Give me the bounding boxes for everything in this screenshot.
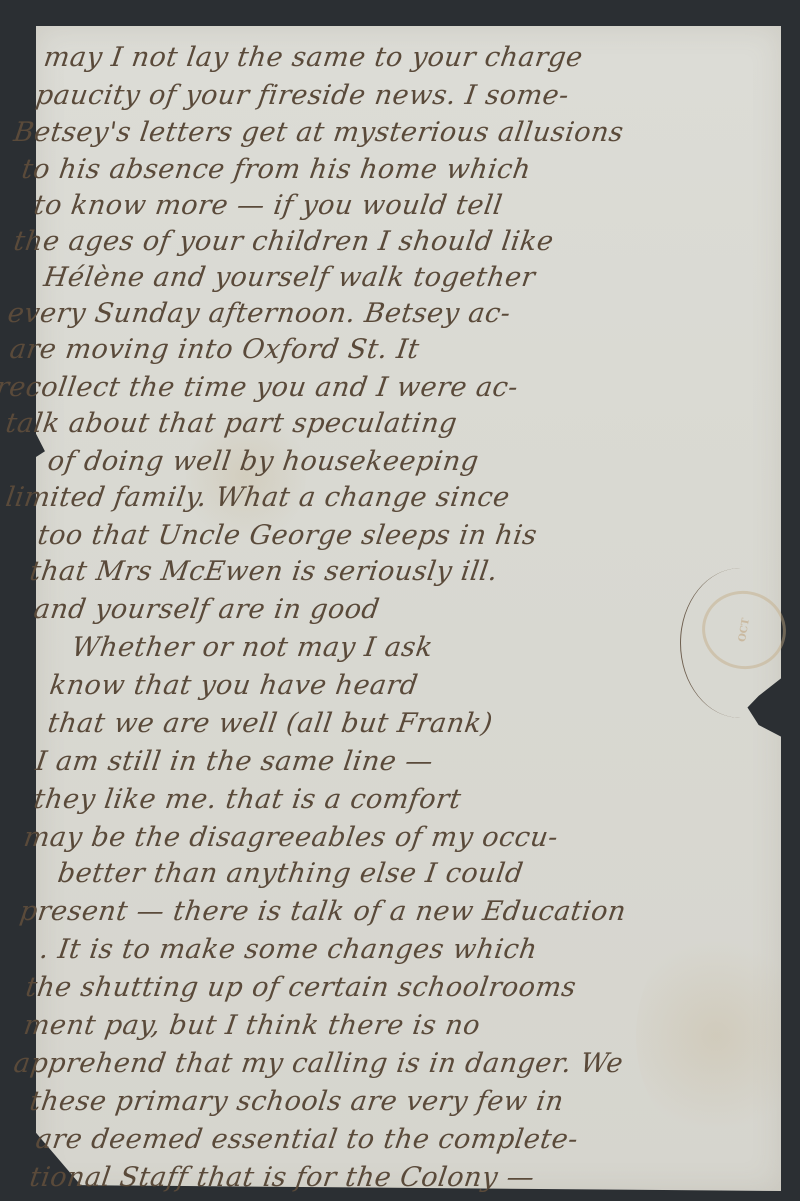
text-line: to his absence from his home which — [20, 154, 533, 185]
text-line: and yourself are in good — [32, 594, 382, 625]
text-line: are deemed essential to the complete- — [34, 1124, 580, 1155]
text-line: every Sunday afternoon. Betsey ac- — [6, 298, 513, 329]
text-line: present — there is talk of a new Educati… — [18, 896, 628, 927]
text-line: to know more — if you would tell — [32, 190, 505, 221]
text-line: . It is to make some changes which — [38, 934, 540, 965]
text-line: Hélène and yourself walk together — [42, 262, 537, 293]
text-line: Betsey's letters get at mysterious allus… — [12, 117, 626, 148]
text-line: they like me. that is a comfort — [32, 784, 463, 815]
text-line: may I not lay the same to your charge — [42, 42, 585, 73]
text-line: of doing well by housekeeping — [46, 446, 481, 477]
text-line: that we are well (all but Frank) — [46, 708, 495, 739]
water-stain — [636, 926, 796, 1146]
text-line: limited family. What a change since — [4, 482, 512, 513]
text-line: too that Uncle George sleeps in his — [36, 520, 539, 551]
text-line: know that you have heard — [48, 670, 420, 701]
text-line: these primary schools are very few in — [28, 1086, 566, 1117]
text-line: recollect the time you and I were ac- — [0, 372, 520, 403]
text-line: apprehend that my calling is in danger. … — [12, 1048, 625, 1079]
text-line: that Mrs McEwen is seriously ill. — [28, 556, 500, 587]
text-line: talk about that part speculating — [4, 408, 459, 439]
text-line: I am still in the same line — — [34, 746, 435, 777]
postmark-text: OCT — [736, 617, 751, 643]
text-line: are moving into Oxford St. It — [8, 334, 422, 365]
text-line: may be the disagreeables of my occu- — [22, 822, 560, 853]
text-line: the shutting up of certain schoolrooms — [24, 972, 578, 1003]
text-line: paucity of your fireside news. I some- — [34, 80, 571, 111]
text-line: Whether or not may I ask — [70, 632, 435, 663]
text-line: tional Staff that is for the Colony — — [28, 1162, 537, 1193]
text-line: better than anything else I could — [56, 858, 525, 889]
text-line: ment pay, but I think there is no — [22, 1010, 482, 1041]
text-line: the ages of your children I should like — [12, 226, 556, 257]
